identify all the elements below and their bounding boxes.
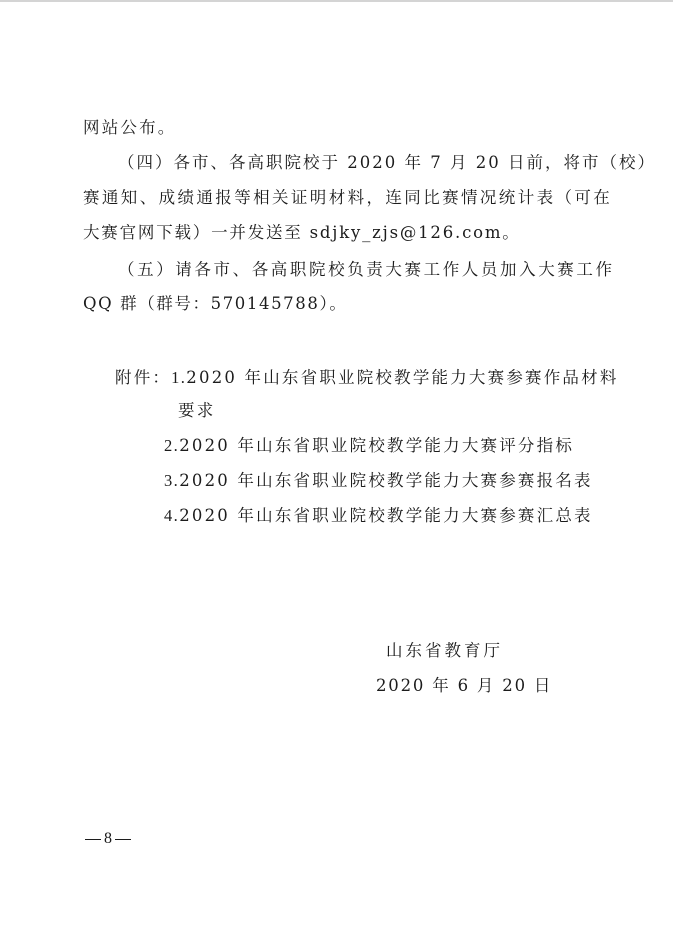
- attachment-number: 4.: [164, 506, 179, 525]
- page-number-value: 8: [104, 830, 112, 847]
- attachment-item-3: 3.2020 年山东省职业院校教学能力大赛参赛报名表: [164, 471, 593, 491]
- paragraph-line: QQ 群（群号：570145788）。: [83, 294, 347, 314]
- paragraph-line: 网站公布。: [83, 118, 177, 138]
- attachment-number: 1.: [171, 368, 186, 387]
- attachment-number: 3.: [164, 471, 179, 490]
- signature-organization: 山东省教育厅: [386, 641, 503, 661]
- page-number-dash-left: [85, 839, 101, 840]
- page-top-border: [0, 0, 673, 2]
- attachment-title: 2020 年山东省职业院校教学能力大赛参赛报名表: [179, 471, 593, 490]
- attachments-label: 附件：: [115, 368, 171, 387]
- attachment-item-2: 2.2020 年山东省职业院校教学能力大赛评分指标: [164, 436, 574, 456]
- page-number: 8: [82, 829, 134, 849]
- attachment-title: 2020 年山东省职业院校教学能力大赛参赛作品材料: [186, 368, 618, 387]
- paragraph-line: （四）各市、各高职院校于 2020 年 7 月 20 日前，将市（校）: [118, 153, 656, 173]
- attachment-title: 2020 年山东省职业院校教学能力大赛评分指标: [179, 436, 574, 455]
- attachment-number: 2.: [164, 436, 179, 455]
- attachment-item-4: 4.2020 年山东省职业院校教学能力大赛参赛汇总表: [164, 506, 593, 526]
- paragraph-line: （五）请各市、各高职院校负责大赛工作人员加入大赛工作: [118, 260, 615, 280]
- signature-date: 2020 年 6 月 20 日: [376, 676, 552, 696]
- paragraph-line: 赛通知、成绩通报等相关证明材料，连同比赛情况统计表（可在: [83, 188, 612, 208]
- attachment-item-1: 附件：1.2020 年山东省职业院校教学能力大赛参赛作品材料: [115, 368, 619, 388]
- paragraph-line: 大赛官网下载）一并发送至 sdjky_zjs@126.com。: [83, 223, 521, 243]
- page-number-dash-right: [115, 839, 131, 840]
- attachment-title-continued: 要求: [178, 401, 215, 421]
- attachment-title: 2020 年山东省职业院校教学能力大赛参赛汇总表: [179, 506, 593, 525]
